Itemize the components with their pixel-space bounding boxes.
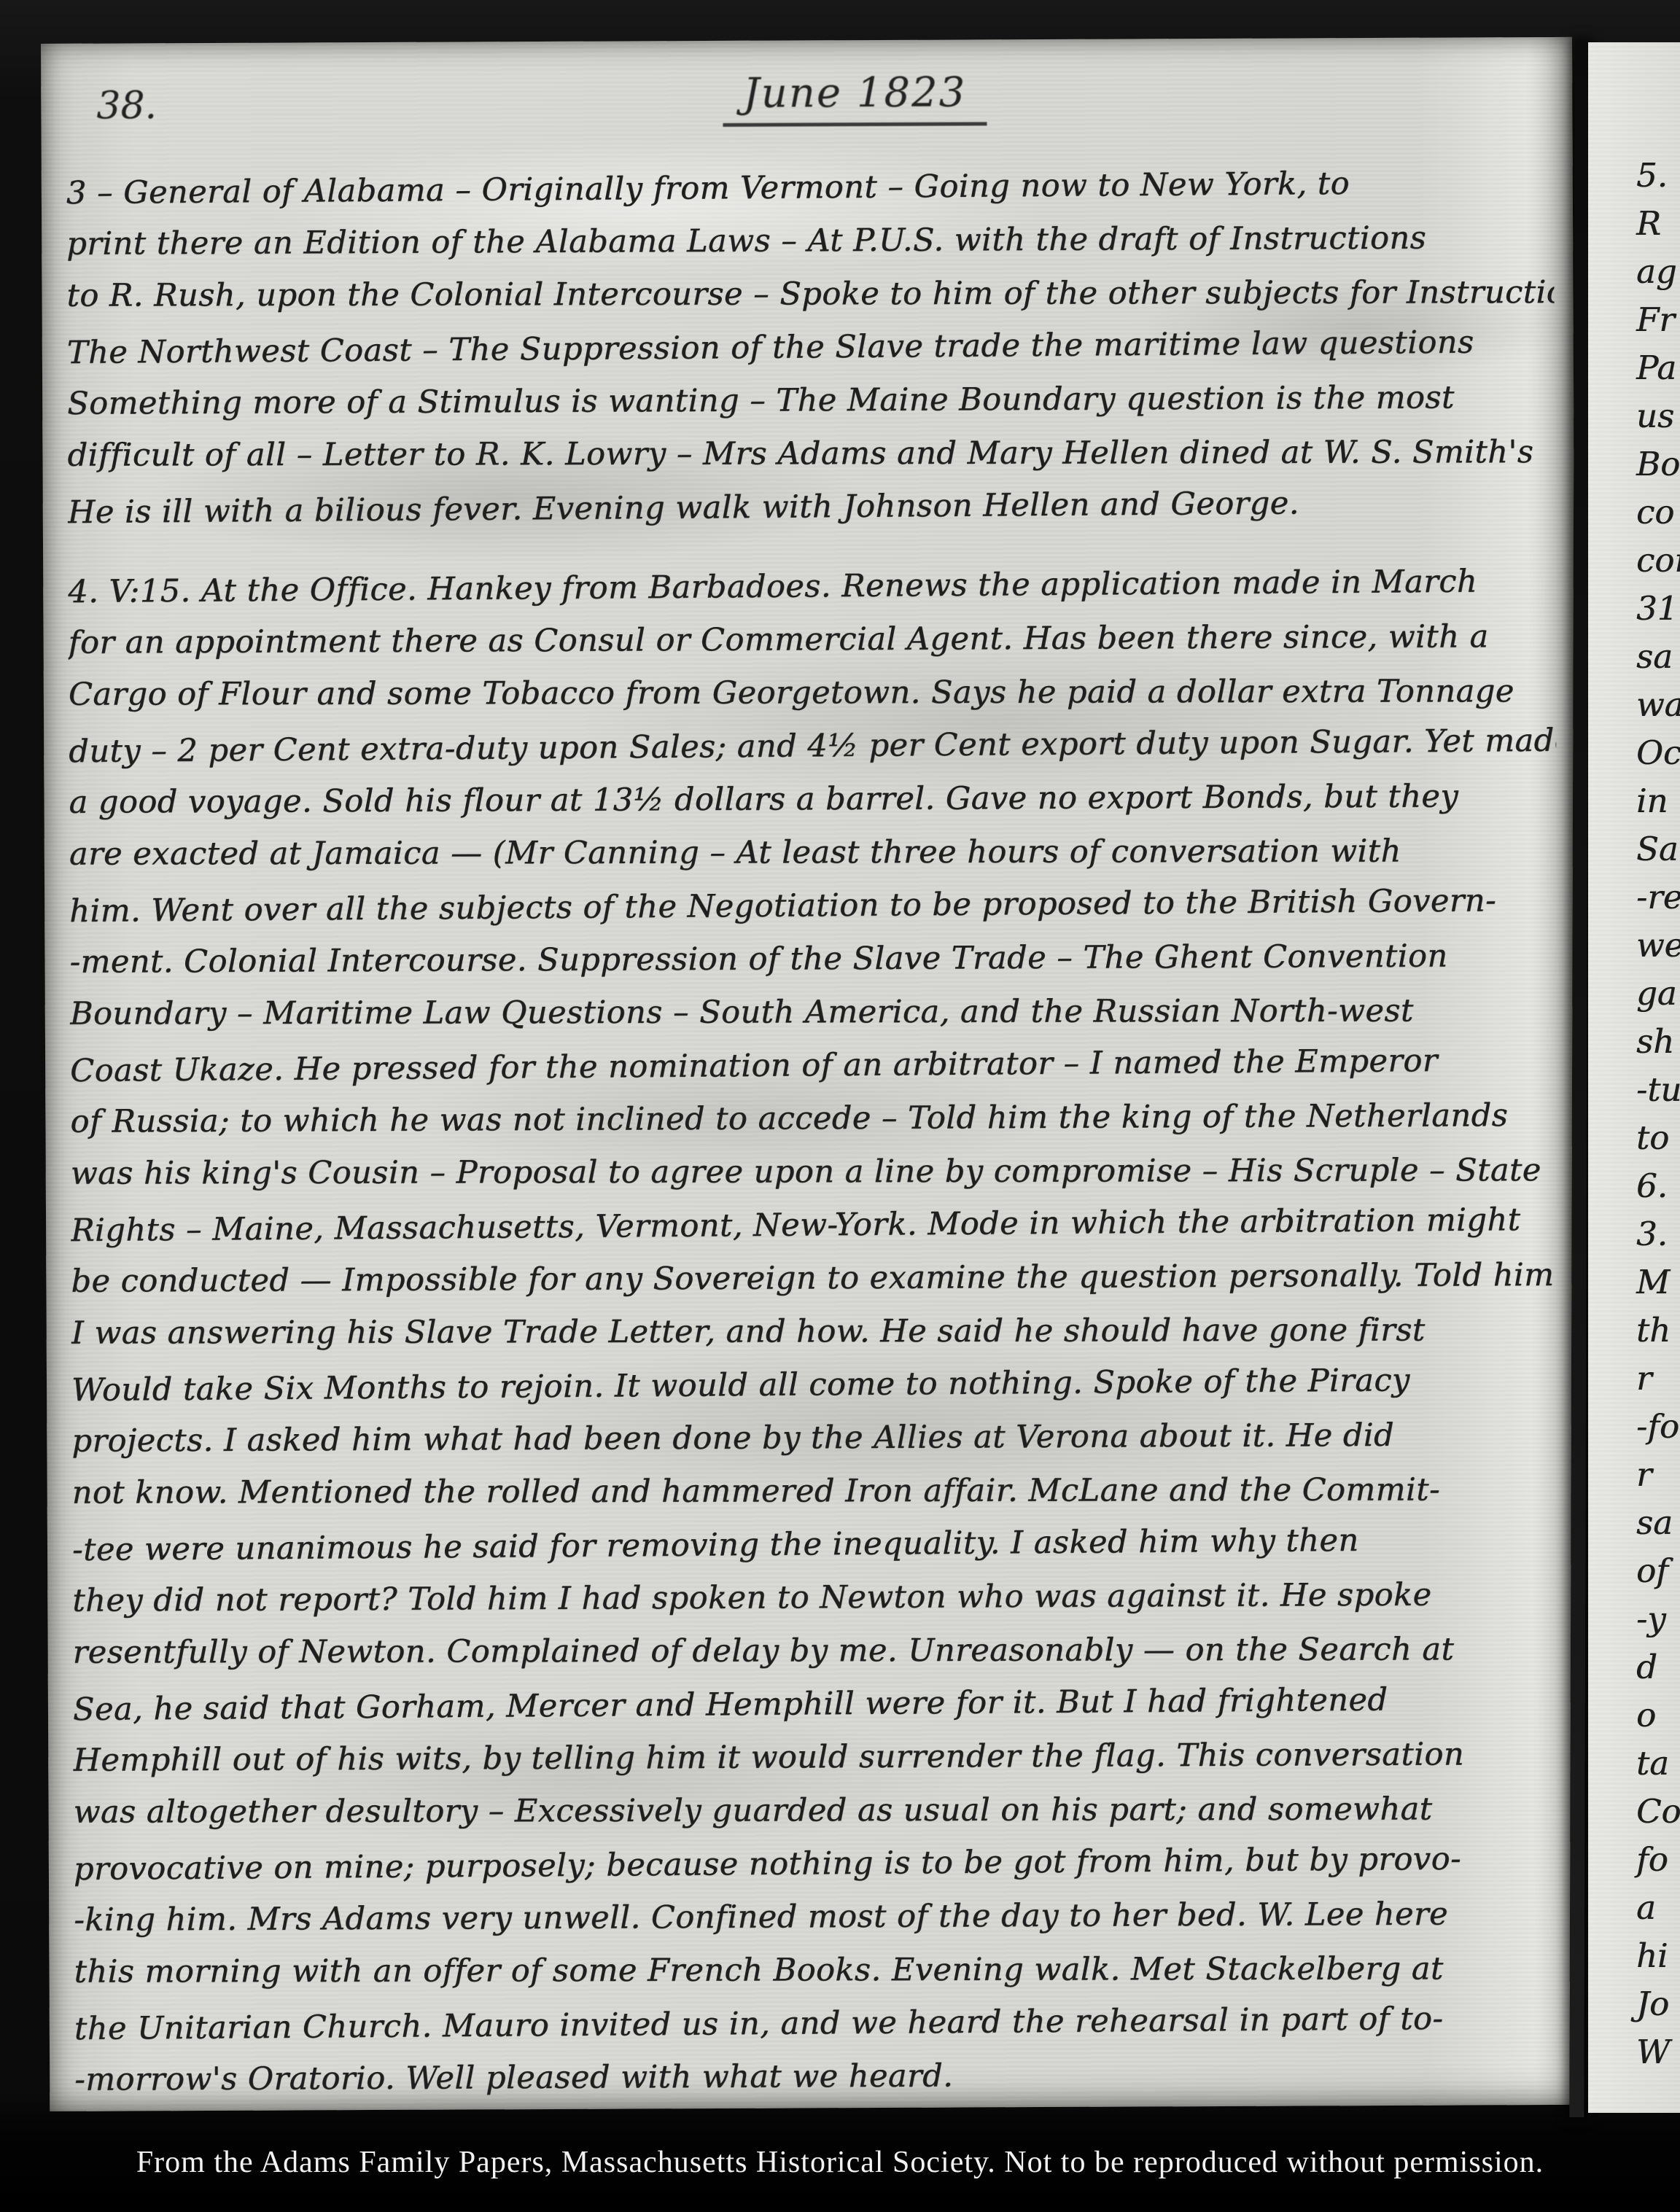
manuscript-line: -ment. Colonial Intercourse. Suppression… [69, 930, 1557, 989]
adjacent-page-text-fragment: ag [1588, 248, 1680, 296]
manuscript-line: Would take Six Months to rejoin. It woul… [71, 1353, 1559, 1417]
copyright-caption: From the Adams Family Papers, Massachuse… [0, 2145, 1680, 2180]
manuscript-line: Cargo of Flour and some Tobacco from Geo… [69, 665, 1556, 722]
manuscript-line: they did not report? Told him I had spok… [72, 1568, 1560, 1628]
adjacent-page-text-fragment: M [1588, 1258, 1680, 1306]
adjacent-page-text-fragment: 5. [1588, 152, 1680, 200]
adjacent-page-text-fragment: wa [1588, 681, 1680, 729]
manuscript-line: are exacted at Jamaica — (Mr Canning – A… [69, 825, 1557, 881]
manuscript-line: Boundary – Maritime Law Questions – Sout… [70, 984, 1557, 1041]
adjacent-page-text-fragment: 3. [1588, 1210, 1680, 1258]
manuscript-line: was altogether desultory – Excessively g… [74, 1783, 1561, 1839]
adjacent-page-edge: 5.RagFrPausBococon31sawaOcinSa-reawegash… [1588, 42, 1680, 2113]
manuscript-line: He is ill with a bilious fever. Evening … [68, 475, 1555, 540]
manuscript-line: be conducted — Impossible for any Sovere… [71, 1249, 1558, 1309]
adjacent-page-text-fragment: Bo [1588, 440, 1680, 488]
manuscript-line: this morning with an offer of some Frenc… [74, 1942, 1561, 1999]
manuscript-line: -king him. Mrs Adams very unwell. Confin… [74, 1888, 1561, 1947]
adjacent-page-text-fragment: to [1588, 1114, 1680, 1162]
manuscript-line: duty – 2 per Cent extra-duty upon Sales;… [69, 714, 1556, 779]
adjacent-page-text-fragment: -rea [1588, 873, 1680, 922]
adjacent-page-text-fragment: r [1588, 1355, 1680, 1403]
manuscript-line: Sea, he said that Gorham, Mercer and Hem… [73, 1672, 1560, 1737]
manuscript-line: of Russia; to which he was not inclined … [70, 1089, 1557, 1149]
manuscript-line: him. Went over all the subjects of the N… [69, 874, 1557, 938]
adjacent-page-text-fragment: we [1588, 922, 1680, 970]
adjacent-page-text-fragment: r [1588, 1451, 1680, 1499]
manuscript-page: 38. June 1823 3 – General of Alabama – O… [41, 37, 1581, 2111]
manuscript-line: difficult of all – Letter to R. K. Lowry… [67, 426, 1555, 483]
page-body: 3 – General of Alabama – Originally from… [66, 158, 1563, 2107]
adjacent-page-fragments: 5.RagFrPausBococon31sawaOcinSa-reawegash… [1588, 152, 1680, 2076]
manuscript-line: Rights – Maine, Massachusetts, Vermont, … [71, 1193, 1558, 1258]
adjacent-page-text-fragment: ta [1588, 1740, 1680, 1788]
manuscript-line: -tee were unanimous he said for removing… [72, 1513, 1560, 1577]
entry-june-3: 3 – General of Alabama – Originally from… [66, 158, 1555, 537]
manuscript-line: to R. Rush, upon the Colonial Intercours… [66, 266, 1554, 323]
adjacent-page-text-fragment: hi [1588, 1932, 1680, 1980]
manuscript-line: projects. I asked him what had been done… [71, 1409, 1559, 1468]
adjacent-page-text-fragment: sh [1588, 1018, 1680, 1066]
adjacent-page-text-fragment: Oc [1588, 729, 1680, 777]
adjacent-page-text-fragment: Pa [1588, 344, 1680, 392]
adjacent-page-text-fragment: fo [1588, 1836, 1680, 1884]
manuscript-line: -morrow's Oratorio. Well pleased with wh… [74, 2047, 1562, 2107]
manuscript-line: Coast Ukaze. He pressed for the nominati… [70, 1034, 1557, 1098]
manuscript-line: provocative on mine; purposely; because … [74, 1832, 1561, 1896]
manuscript-line: not know. Mentioned the rolled and hamme… [72, 1463, 1560, 1520]
adjacent-page-text-fragment: -y [1588, 1595, 1680, 1643]
manuscript-line: The Northwest Coast – The Suppression of… [67, 316, 1555, 380]
manuscript-line: the Unitarian Church. Mauro invited us i… [74, 1992, 1562, 2056]
manuscript-line: was his king's Cousin – Proposal to agre… [71, 1144, 1558, 1201]
date-heading: June 1823 [723, 69, 987, 127]
adjacent-page-text-fragment: 6. [1588, 1162, 1680, 1210]
scan-background: 38. June 1823 3 – General of Alabama – O… [0, 0, 1680, 2212]
manuscript-line: I was answering his Slave Trade Letter, … [71, 1304, 1559, 1360]
adjacent-page-text-fragment: a [1588, 1884, 1680, 1932]
manuscript-line: a good voyage. Sold his flour at 13½ dol… [69, 770, 1556, 830]
adjacent-page-text-fragment: con [1588, 537, 1680, 585]
page-number: 38. [96, 84, 157, 128]
manuscript-line: print there an Edition of the Alabama La… [66, 211, 1554, 271]
adjacent-page-text-fragment: in [1588, 777, 1680, 825]
adjacent-page-text-fragment: of [1588, 1547, 1680, 1595]
adjacent-page-text-fragment: Co [1588, 1788, 1680, 1836]
manuscript-line: 3 – General of Alabama – Originally from… [66, 156, 1554, 220]
adjacent-page-text-fragment: Jo [1588, 1980, 1680, 2028]
adjacent-page-text-fragment: us [1588, 392, 1680, 440]
manuscript-line: Something more of a Stimulus is wanting … [67, 371, 1555, 431]
adjacent-page-text-fragment: co [1588, 488, 1680, 537]
manuscript-line: for an appointment there as Consul or Co… [68, 610, 1555, 670]
manuscript-line: 4. V:15. At the Office. Hankey from Barb… [68, 555, 1555, 619]
adjacent-page-text-fragment: o [1588, 1691, 1680, 1740]
adjacent-page-text-fragment: -fo [1588, 1403, 1680, 1451]
adjacent-page-text-fragment: sa [1588, 1499, 1680, 1547]
adjacent-page-text-fragment: R [1588, 200, 1680, 248]
adjacent-page-text-fragment: sa [1588, 633, 1680, 681]
adjacent-page-text-fragment: -tu [1588, 1066, 1680, 1114]
manuscript-line: resentfully of Newton. Complained of del… [73, 1623, 1560, 1680]
adjacent-page-text-fragment: ga [1588, 970, 1680, 1018]
adjacent-page-text-fragment: 31 [1588, 585, 1680, 633]
manuscript-line: Hemphill out of his wits, by telling him… [73, 1728, 1560, 1788]
adjacent-page-text-fragment: d [1588, 1643, 1680, 1691]
entry-june-4: 4. V:15. At the Office. Hankey from Barb… [68, 557, 1562, 2107]
adjacent-page-text-fragment: Sa [1588, 825, 1680, 873]
adjacent-page-text-fragment: th [1588, 1306, 1680, 1355]
adjacent-page-text-fragment: Fr [1588, 296, 1680, 344]
adjacent-page-text-fragment: W [1588, 2028, 1680, 2076]
